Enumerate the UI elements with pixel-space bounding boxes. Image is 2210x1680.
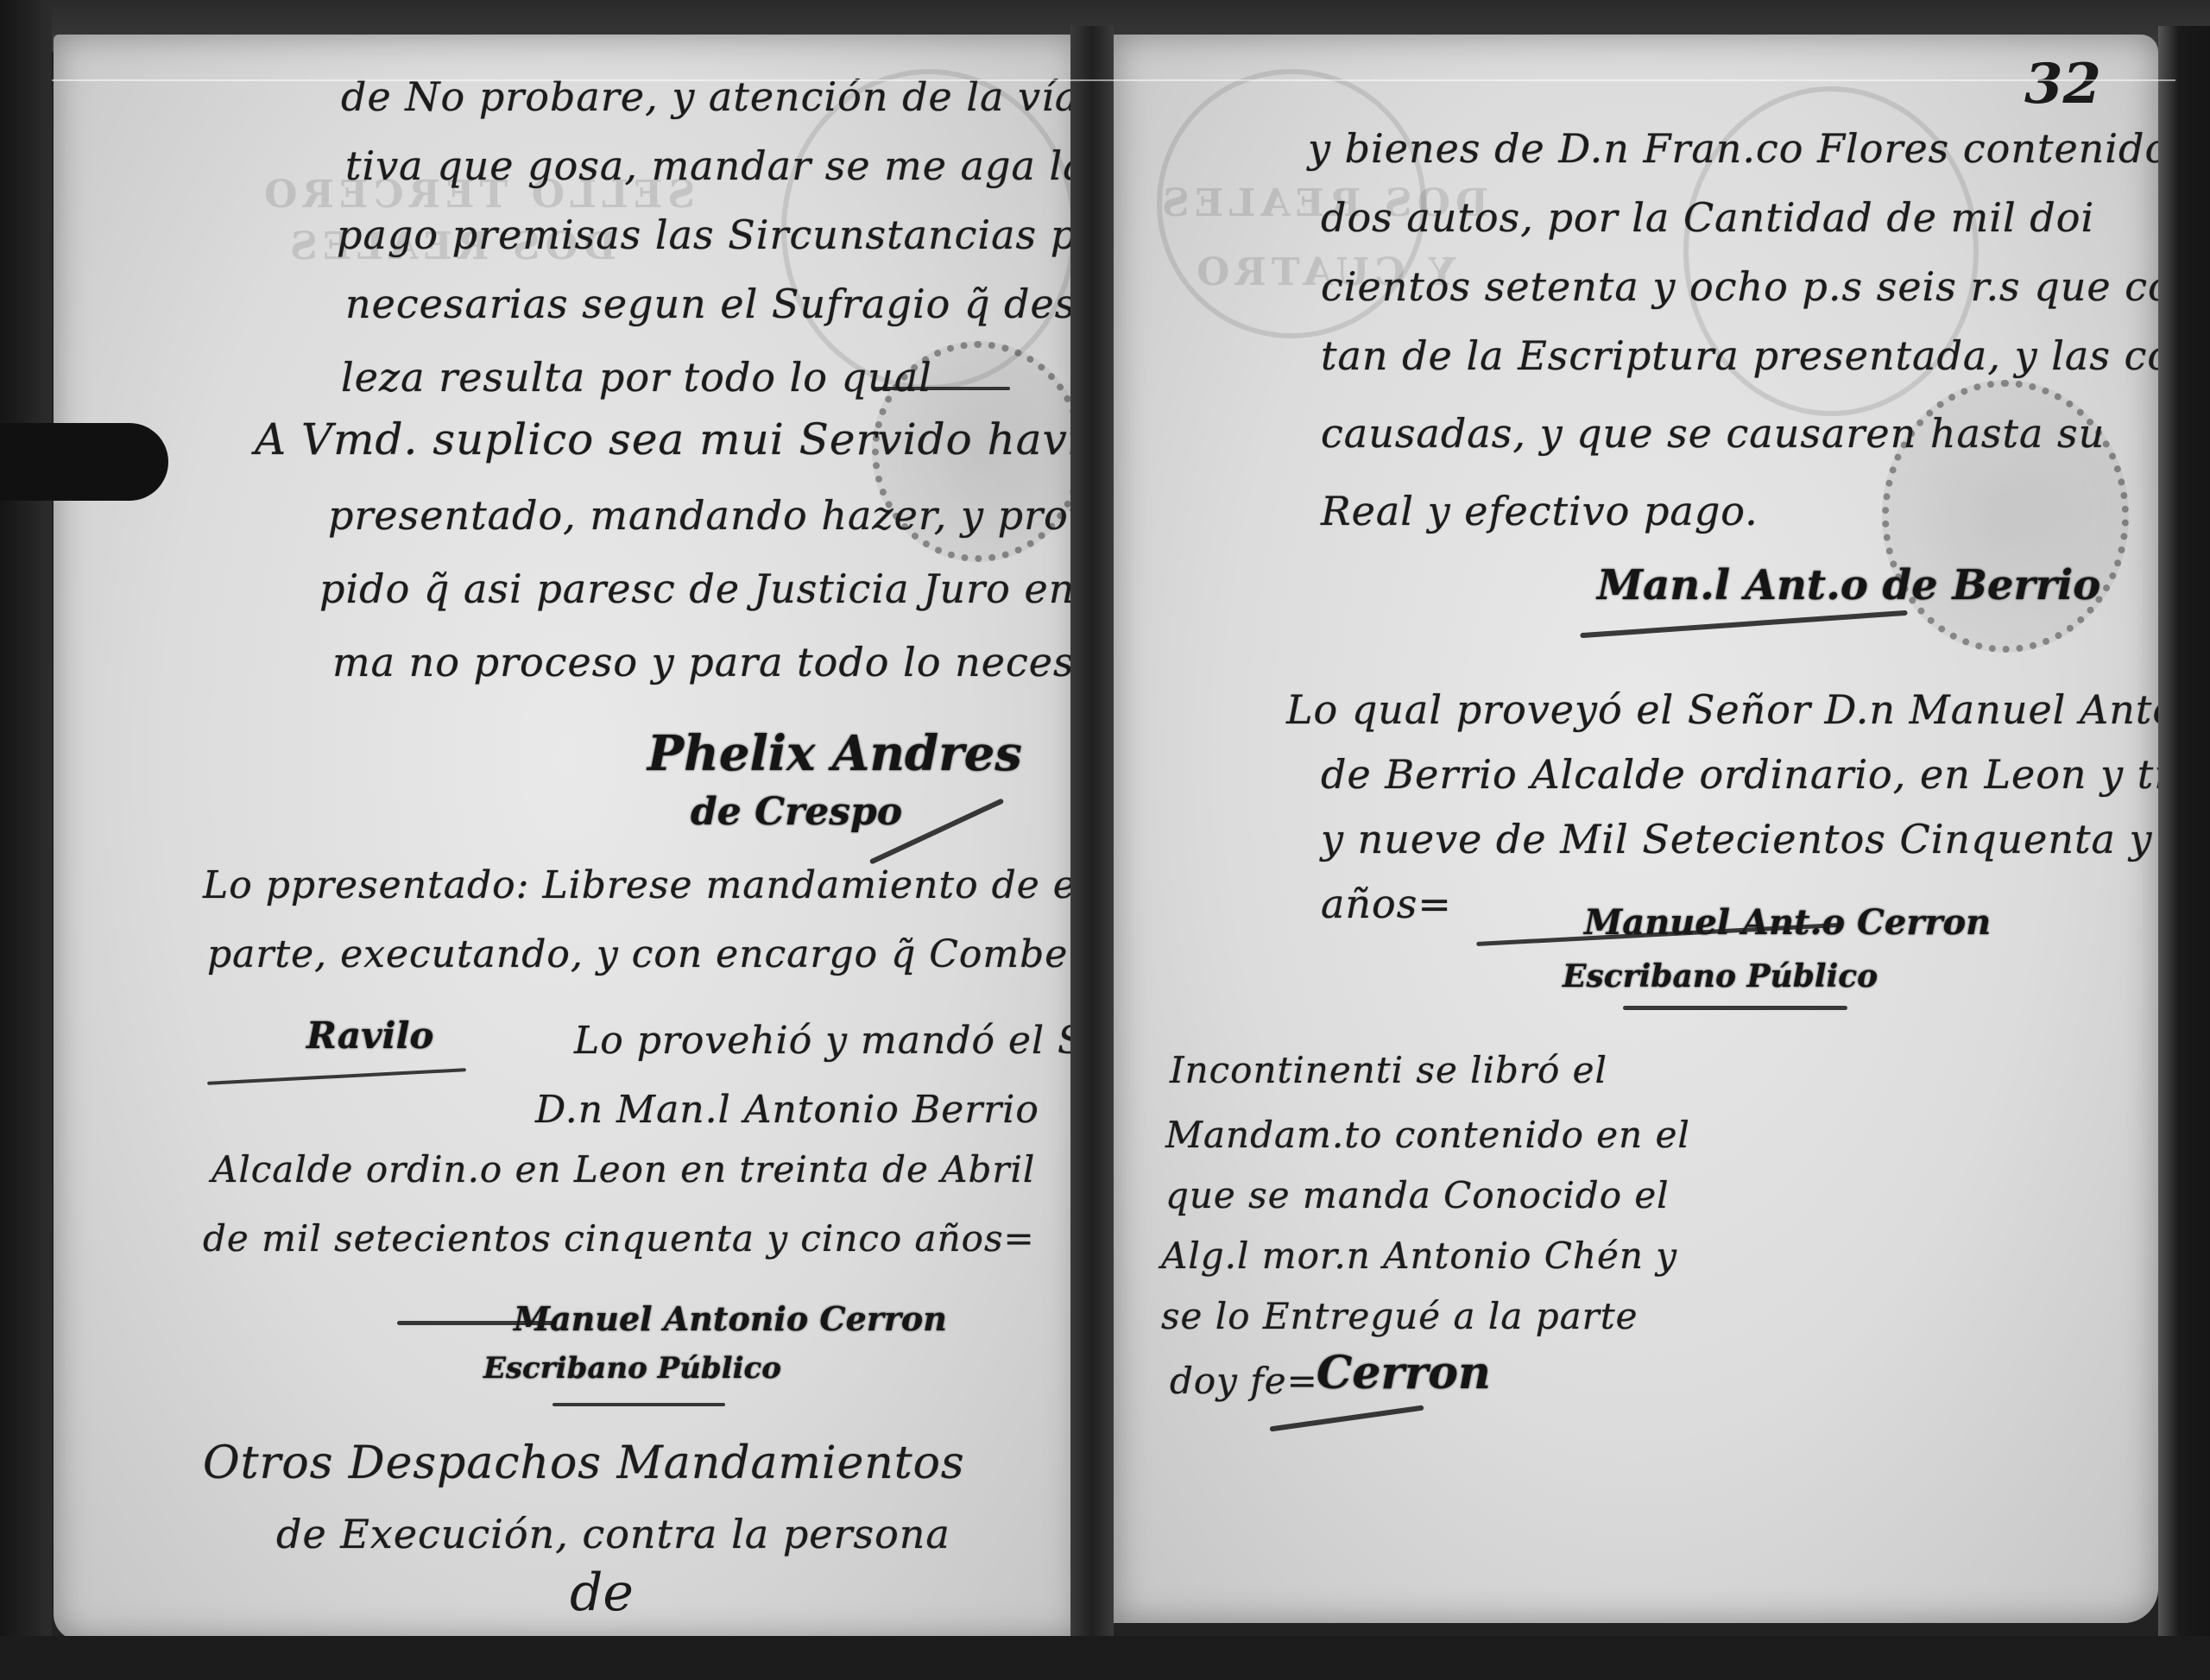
right-line-3: cientos setenta y ocho p.s seis r.s que …: [1321, 263, 2210, 310]
signature-escribano-underline: [552, 1403, 725, 1406]
scan-artifact-line: [52, 79, 2175, 81]
closing-line-1: Otros Despachos Mandamientos: [203, 1437, 965, 1489]
closing-line-2: de Execución, contra la persona: [276, 1511, 950, 1557]
provision-line-4: de mil setecientos cinquenta y cinco año…: [203, 1217, 1035, 1260]
right-line-6: Real y efectivo pago.: [1321, 488, 1759, 534]
signature-phelix-andres: Phelix Andres: [647, 725, 1022, 782]
right-line-5: causadas, y que se causaren hasta su: [1321, 410, 2105, 457]
right-line-1: y bienes de D.n Fran.co Flores contenido…: [1308, 125, 2210, 172]
left-line-8: pido q̃ asi paresc de Justicia Juro en f…: [319, 565, 1149, 612]
signature-de-crespo: de Crespo: [691, 790, 902, 834]
signature-escribano-right-underline: [1623, 1006, 1847, 1010]
provision-line-1: Lo provehió y mandó el S.or: [574, 1019, 1139, 1063]
left-line-2: tiva que gosa, mandar se me aga la: [345, 142, 1088, 189]
right-provision-line-2: de Berrio Alcalde ordinario, en Leon y t…: [1321, 751, 2210, 798]
rubric-ravilo: Ravilo: [306, 1014, 433, 1057]
catchword: de: [570, 1563, 634, 1623]
signature-cerron-notification: Cerron: [1317, 1347, 1491, 1399]
bottom-frame-shadow: [0, 1636, 2210, 1680]
signature-cerron-rubric: [397, 1321, 552, 1325]
right-provision-line-4: años=: [1321, 881, 1452, 927]
provision-line-2: D.n Man.l Antonio Berrio: [535, 1088, 1039, 1132]
left-line-5: leza resulta por todo lo qual: [341, 354, 932, 401]
left-frame-edge: [0, 0, 52, 1680]
notification-line-5: se lo Entregué a la parte: [1161, 1295, 1638, 1337]
provision-line-3: Alcalde ordin.o en Leon en treinta de Ab…: [212, 1148, 1035, 1191]
signature-berrio: Man.l Ant.o de Berrio: [1597, 561, 2100, 609]
microfilm-clip-tab: [0, 423, 168, 501]
right-provision-line-1: Lo qual proveyó el Señor D.n Manuel Anto…: [1286, 686, 2210, 733]
decree-line-2: parte, executando, y con encargo q̃ Comb…: [207, 932, 1142, 976]
book-gutter: [1070, 26, 1114, 1649]
signature-escribano-left: Escribano Público: [483, 1351, 781, 1386]
folio-number: 32: [2024, 52, 2101, 117]
notification-line-2: Mandam.to contenido en el: [1165, 1114, 1690, 1156]
signature-escribano-right: Escribano Público: [1563, 958, 1878, 995]
line-end-flourish: [872, 387, 1010, 390]
microfilm-scan: SELLO TERCERO DOS REALES de No probare, …: [0, 0, 2210, 1680]
signature-cerron-left: Manuel Antonio Cerron: [514, 1299, 947, 1338]
right-frame-edge: [2158, 26, 2210, 1680]
notification-line-1: Incontinenti se libró el: [1170, 1049, 1607, 1091]
right-provision-line-3: y nueve de Mil Setecientos Cinquenta y c…: [1321, 816, 2210, 862]
notification-line-6: doy fe=: [1170, 1360, 1318, 1402]
right-line-4: tan de la Escriptura presentada, y las c…: [1321, 332, 2210, 379]
right-line-2: dos autos, por la Cantidad de mil doi: [1321, 194, 2094, 241]
notification-line-3: que se manda Conocido el: [1165, 1174, 1670, 1216]
left-line-3: pago premisas las Sircunstancias para el: [337, 212, 1197, 258]
notification-line-4: Alg.l mor.n Antonio Chén y: [1161, 1235, 1677, 1277]
